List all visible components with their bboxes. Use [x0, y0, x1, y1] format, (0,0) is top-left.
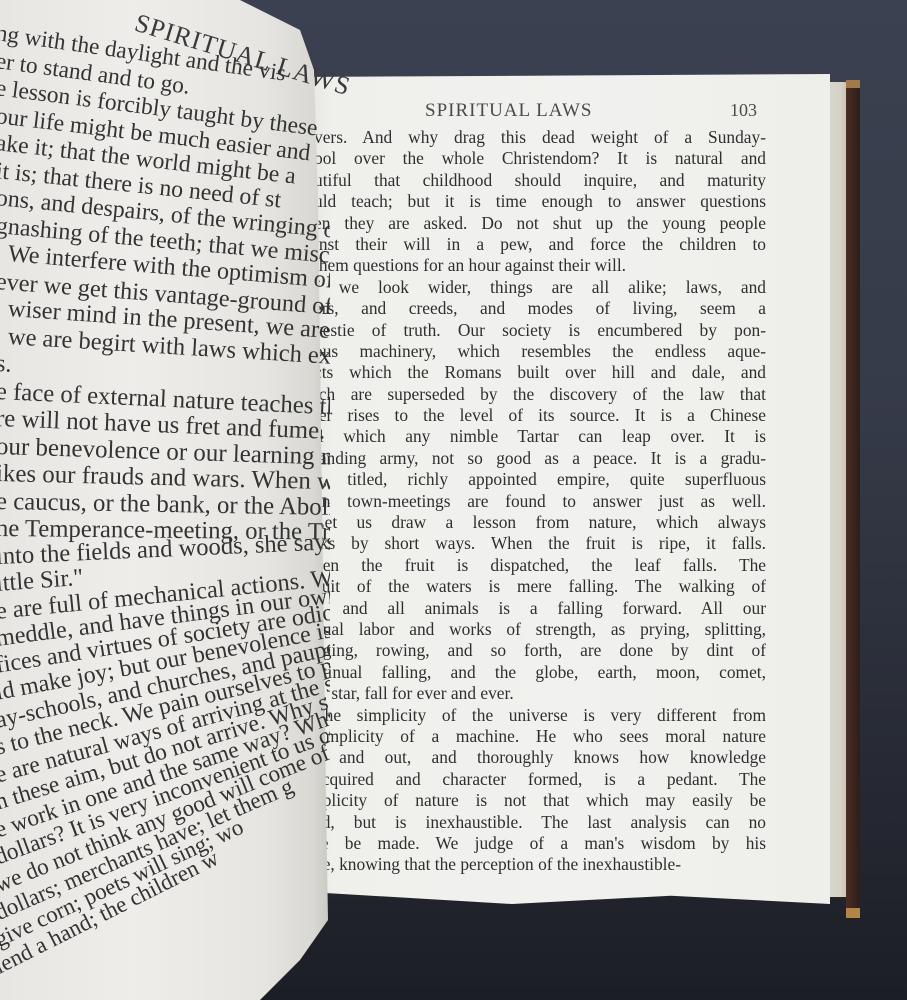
- text-line: uld teach; but it is time enough to answ…: [314, 191, 766, 212]
- text-line: se be made. We judge of a man's wisdom b…: [314, 833, 766, 854]
- text-line: rks by short ways. When the fruit is rip…: [314, 533, 766, 554]
- text-line: s.: [0, 350, 12, 379]
- text-line: nual labor and works of strength, as pry…: [314, 619, 766, 640]
- text-line: t and out, and thoroughly knows how know…: [314, 747, 766, 768]
- photo-scene: SPIRITUAL LAWS 103 vers. And why drag th…: [0, 0, 907, 1000]
- book-cover-edge: [846, 80, 860, 918]
- text-line: nplicity of nature is not that which may…: [314, 790, 766, 811]
- right-page-text: vers. And why drag this dead weight of a…: [314, 127, 766, 876]
- text-line: ous machinery, which resembles the endle…: [314, 341, 766, 362]
- left-page-text: ng with the daylight and the viser to st…: [0, 0, 330, 1000]
- text-line: vers. And why drag this dead weight of a…: [314, 127, 766, 148]
- text-line: pe, knowing that the perception of the i…: [314, 854, 766, 875]
- text-line: ich are superseded by the discovery of t…: [314, 384, 766, 405]
- text-line: simplicity of a machine. He who sees mor…: [314, 726, 766, 747]
- text-line: them questions for an hour against their…: [314, 255, 766, 276]
- text-line: ter rises to the level of its source. It…: [314, 405, 766, 426]
- text-line: vestie of truth. Our society is encumber…: [314, 320, 766, 341]
- text-line: cuit of the waters is mere falling. The …: [314, 576, 766, 597]
- text-line: tanding army, not so good as a peace. It…: [314, 448, 766, 469]
- text-line: ntinual falling, and the globe, earth, m…: [314, 662, 766, 683]
- running-head: SPIRITUAL LAWS: [425, 100, 592, 122]
- text-line: cts which the Romans built over hill and…: [314, 362, 766, 383]
- text-line: en they are asked. Do not shut up the yo…: [314, 213, 766, 234]
- text-line: en town-meetings are found to answer jus…: [314, 491, 766, 512]
- text-line: n and all animals is a falling forward. …: [314, 598, 766, 619]
- text-line: acquired and character formed, is a peda…: [314, 769, 766, 790]
- text-line: Let us draw a lesson from nature, which …: [314, 512, 766, 533]
- text-line: inst their will in a pew, and force the …: [314, 234, 766, 255]
- text-line: ers, and creeds, and modes of living, se…: [314, 298, 766, 319]
- text-line: d, titled, richly appointed empire, quit…: [314, 469, 766, 490]
- page-number: 103: [730, 100, 757, 121]
- text-line: f we look wider, things are all alike; l…: [314, 277, 766, 298]
- text-line: The simplicity of the universe is very d…: [314, 705, 766, 726]
- text-line: n, star, fall for ever and ever.: [314, 683, 766, 704]
- text-line: hen the fruit is dispatched, the leaf fa…: [314, 555, 766, 576]
- text-line: gging, rowing, and so forth, are done by…: [314, 640, 766, 661]
- text-line: utiful that childhood should inquire, an…: [314, 170, 766, 191]
- text-line: ad, but is inexhaustible. The last analy…: [314, 812, 766, 833]
- text-line: ll which any nimble Tartar can leap over…: [314, 426, 766, 447]
- text-line: ool over the whole Christendom? It is na…: [314, 148, 766, 169]
